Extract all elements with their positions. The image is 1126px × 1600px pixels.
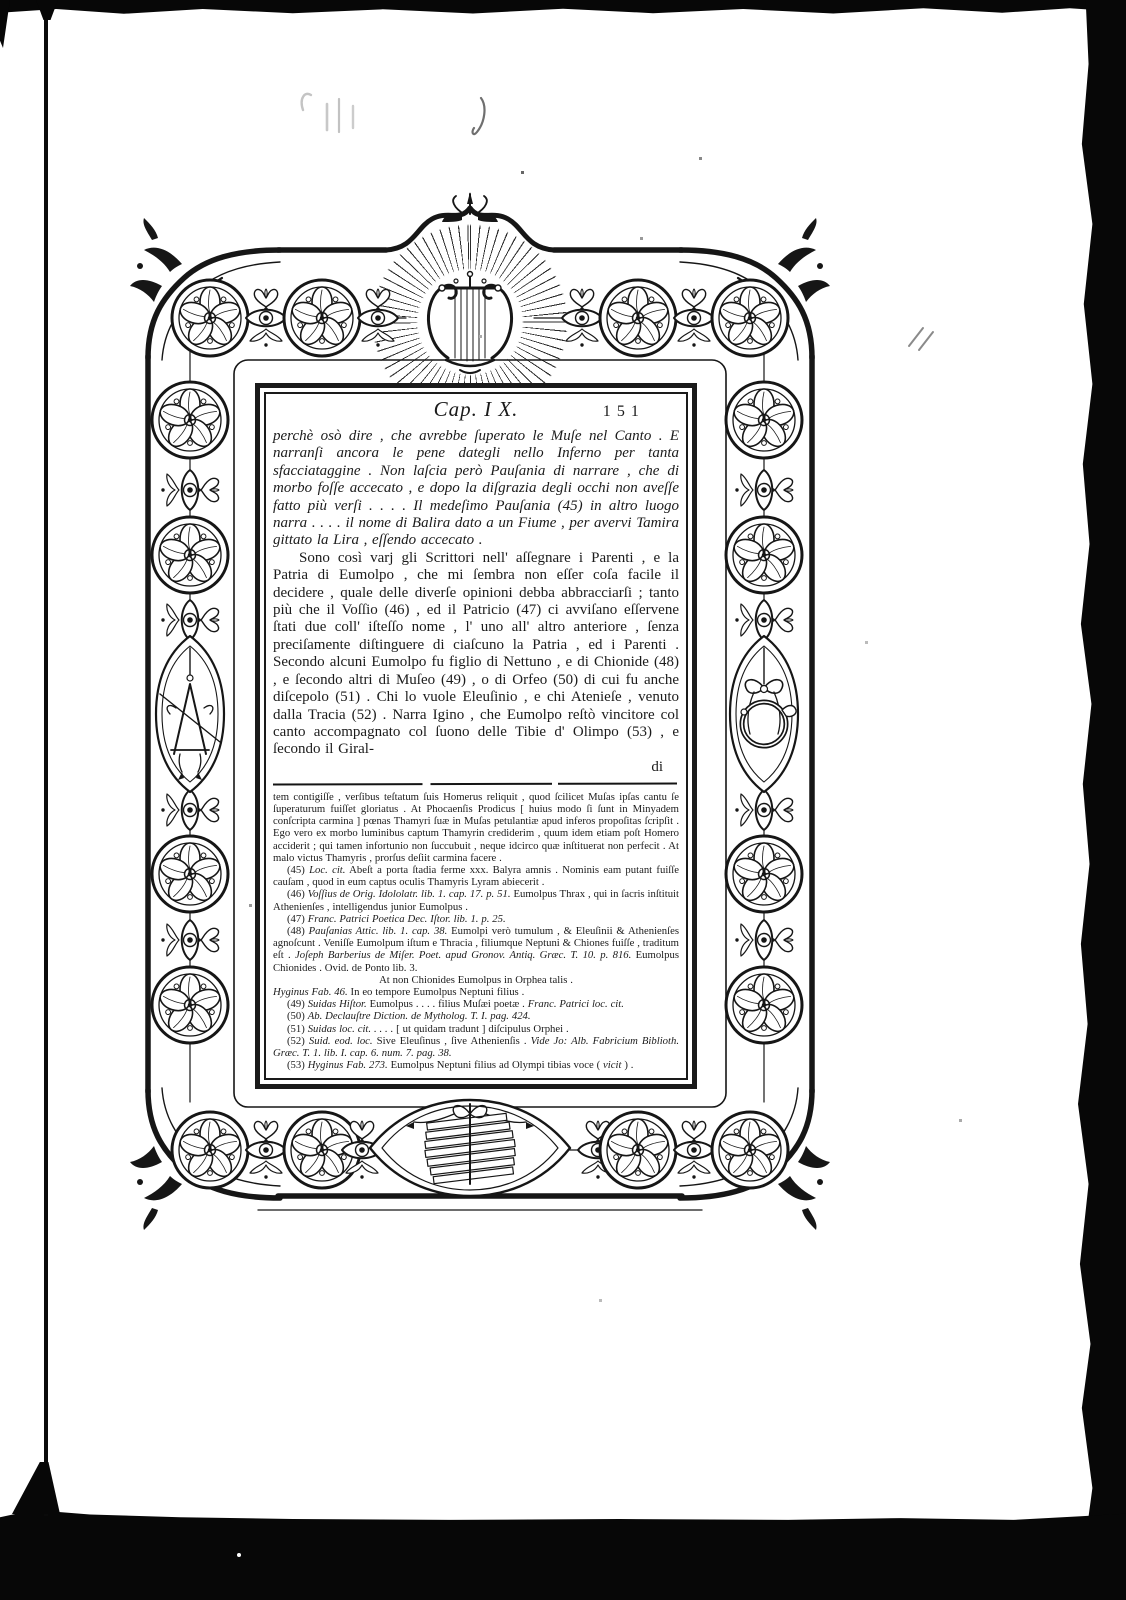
bleedthrough-marks	[285, 86, 505, 150]
paragraph: perchè osò dire , che avrebbe ſuperato l…	[273, 428, 679, 550]
footnote-47: (47) Franc. Patrici Poetica Dec. Iſtor. …	[273, 913, 679, 925]
lyre-icon	[429, 272, 512, 374]
book-gutter-crease	[44, 10, 48, 1516]
crest-finial-icon	[442, 192, 498, 222]
footnote-49: (49) Suidas Hiſtor. Eumolpus . . . . fil…	[273, 998, 679, 1010]
body-text: perchè osò dire , che avrebbe ſuperato l…	[273, 428, 679, 776]
footnotes: tem contigiſſe , verſibus teſtatum ſuis …	[273, 791, 679, 1072]
text-frame: Cap. I X. 151 perchè osò dire , che avre…	[255, 383, 697, 1089]
scan-edge-right	[1078, 0, 1126, 1600]
arrows-trophy-icon	[156, 636, 224, 792]
footnote-50: (50) Ab. Declauſtre Diction. de Mytholog…	[273, 1010, 679, 1022]
chapter-heading: Cap. I X.	[434, 397, 519, 422]
paragraph: Sono così varj gli Scrittori nell' aſſeg…	[273, 550, 679, 759]
footnote-46: (46) Voſſius de Orig. Idololatr. lib. 1.…	[273, 888, 679, 912]
footnote-continuation: tem contigiſſe , verſibus teſtatum ſuis …	[273, 791, 679, 864]
footnote-hyginus: Hyginus Fab. 46. In eo tempore Eumolpus …	[273, 986, 679, 998]
scan-dot	[237, 1553, 241, 1557]
footnote-48: (48) Pauſanias Attic. lib. 1. cap. 38. E…	[273, 925, 679, 974]
footnote-rule	[273, 782, 677, 785]
page-header: Cap. I X. 151	[273, 397, 679, 422]
footnote-53: (53) Hyginus Fab. 273. Eumolpus Neptuni …	[273, 1059, 679, 1071]
scan-edge-bottom	[0, 1510, 1126, 1600]
footnote-45: (45) Loc. cit. Abeſt a porta ſtadia ferm…	[273, 864, 679, 888]
scan-edge-top	[0, 0, 1126, 15]
book-page-scan: Cap. I X. 151 perchè osò dire , che avre…	[0, 0, 1126, 1600]
footnote-51: (51) Suidas loc. cit. . . . . [ ut quida…	[273, 1023, 679, 1035]
hunting-horn-icon	[730, 636, 798, 792]
catchword: di	[273, 759, 679, 776]
scratch-marks	[903, 318, 943, 358]
footnote-52: (52) Suid. eod. loc. Sive Eleuſinus , ſi…	[273, 1035, 679, 1059]
footnote-verse: At non Chionides Eumolpus in Orphea tali…	[273, 974, 679, 986]
scan-edge-left	[0, 0, 10, 48]
panpipes-icon	[370, 1100, 570, 1196]
page-number: 151	[603, 403, 679, 421]
gutter-flare	[12, 1462, 60, 1514]
